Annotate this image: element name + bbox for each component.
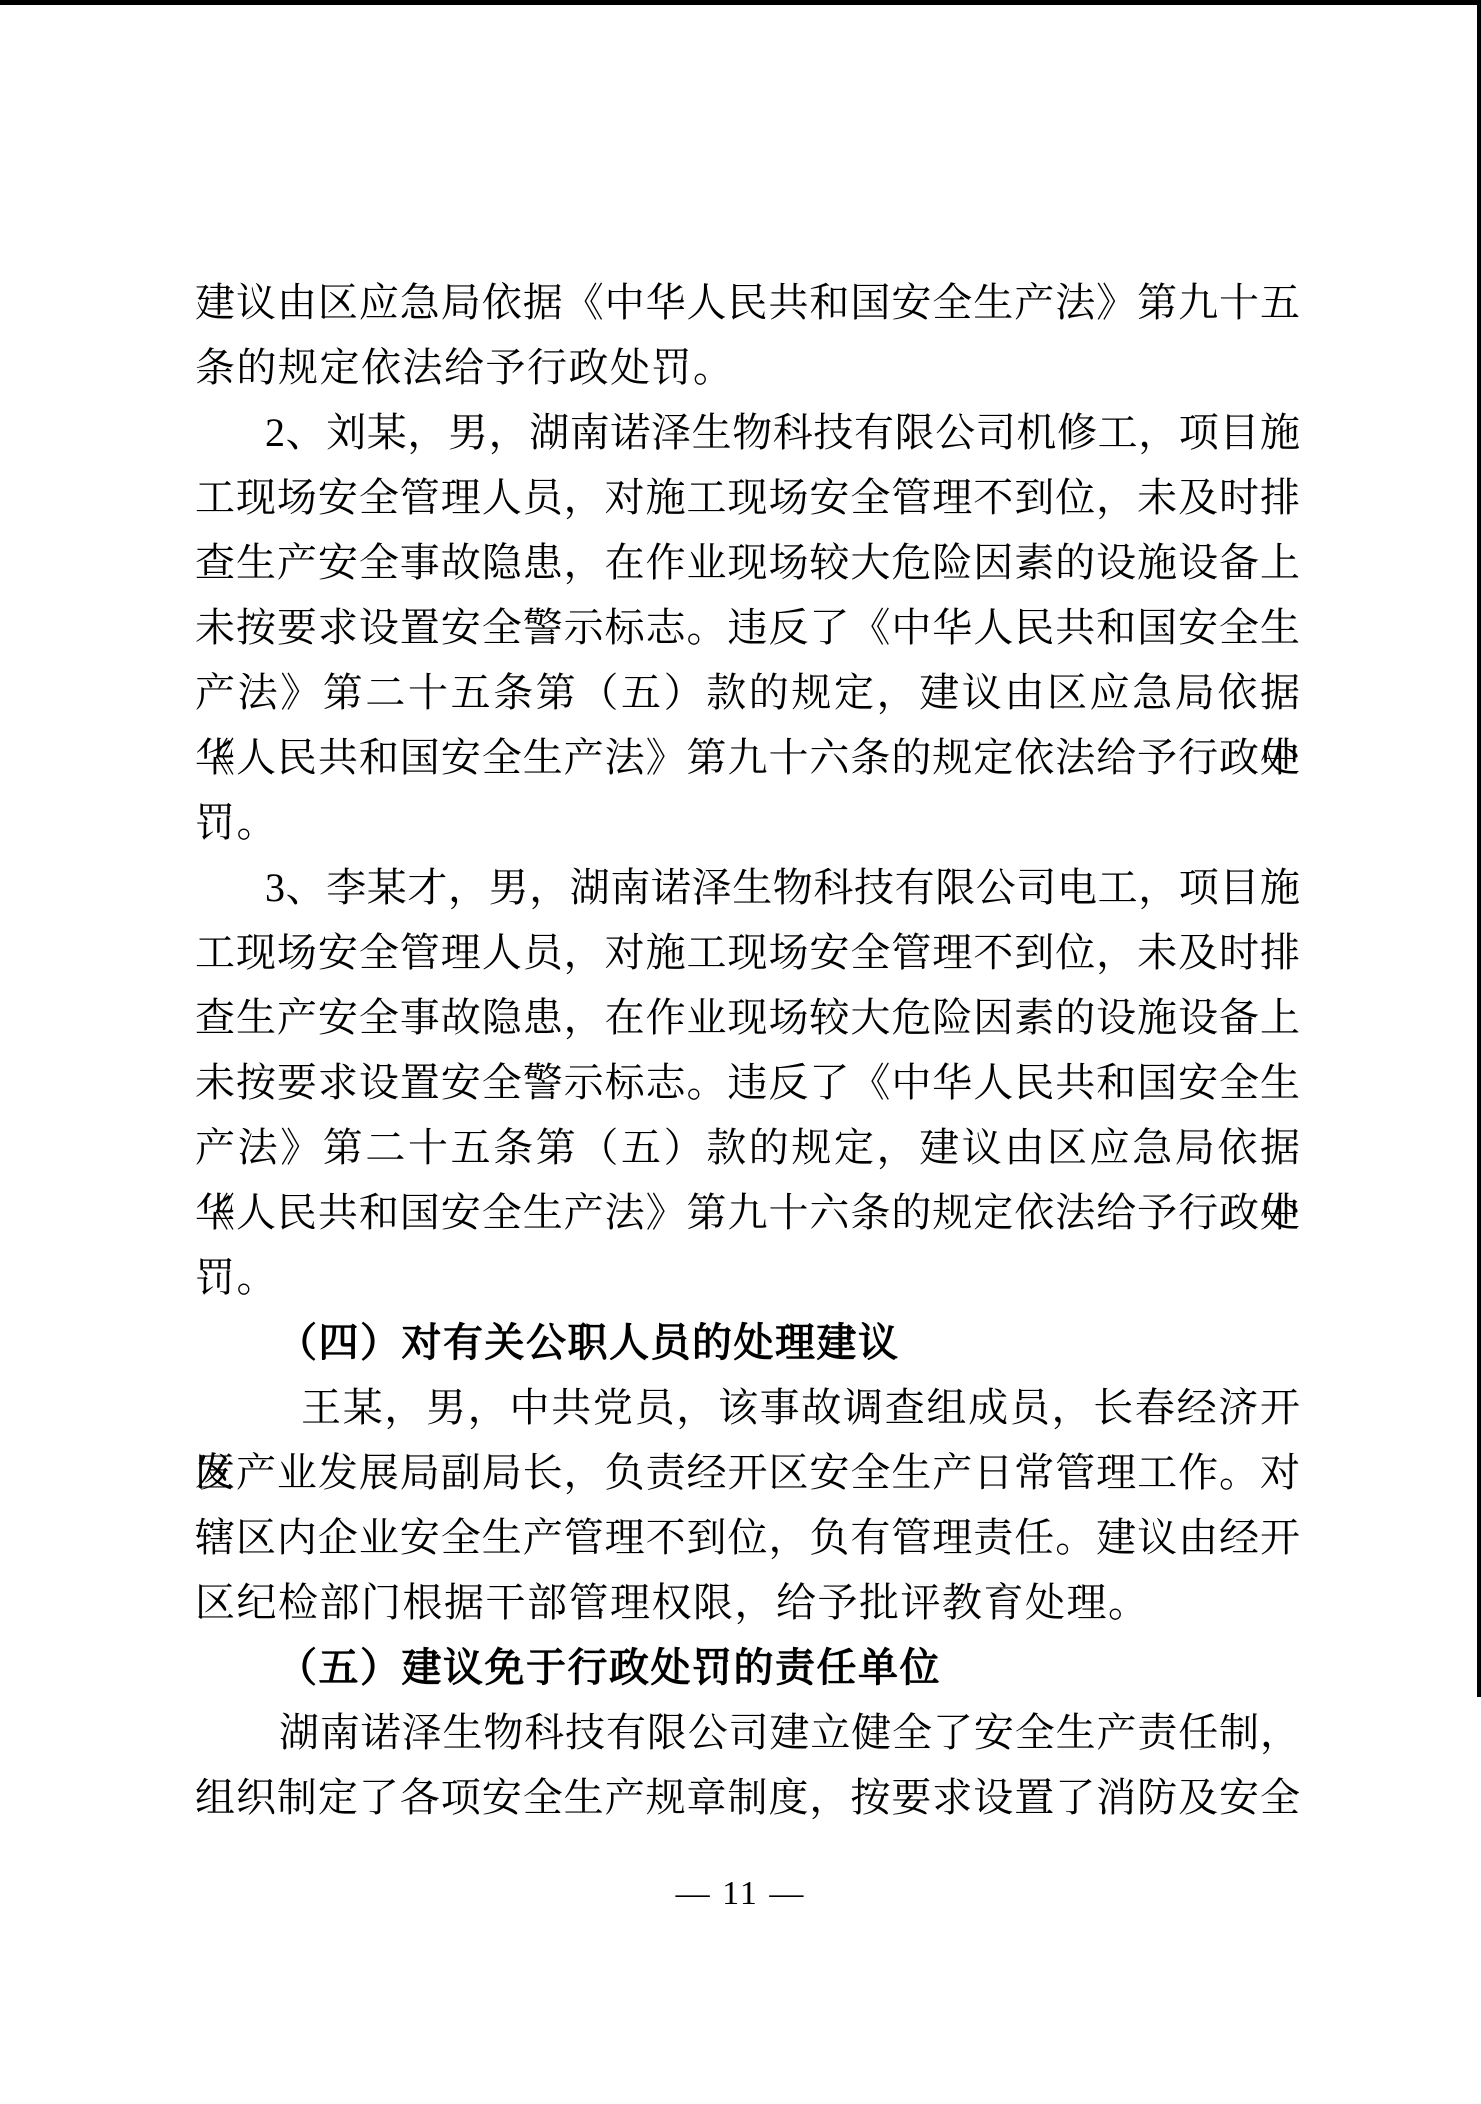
text-line: 罚。 <box>195 790 1300 855</box>
text-line: 华人民共和国安全生产法》第九十六条的规定依法给予行政处 <box>195 725 1300 790</box>
text-line: 产法》第二十五条第（五）款的规定，建议由区应急局依据《中 <box>195 1115 1300 1180</box>
text-line: 区纪检部门根据干部管理权限，给予批评教育处理。 <box>195 1570 1300 1635</box>
text-line: 辖区内企业安全生产管理不到位，负有管理责任。建议由经开 <box>195 1505 1300 1570</box>
text-line: 建议由区应急局依据《中华人民共和国安全生产法》第九十五 <box>195 270 1300 335</box>
section-heading: （四）对有关公职人员的处理建议 <box>195 1310 1300 1375</box>
text-line: 王某，男，中共党员，该事故调查组成员，长春经济开发 <box>195 1375 1300 1440</box>
text-line: 工现场安全管理人员，对施工现场安全管理不到位，未及时排 <box>195 465 1300 530</box>
page-number: — 11 — <box>676 1875 806 1912</box>
document-body: 建议由区应急局依据《中华人民共和国安全生产法》第九十五 条的规定依法给予行政处罚… <box>195 270 1300 1830</box>
text-line: 未按要求设置安全警示标志。违反了《中华人民共和国安全生 <box>195 1050 1300 1115</box>
text-line: 组织制定了各项安全生产规章制度，按要求设置了消防及安全 <box>195 1765 1300 1830</box>
text-line: 工现场安全管理人员，对施工现场安全管理不到位，未及时排 <box>195 920 1300 985</box>
section-heading: （五）建议免于行政处罚的责任单位 <box>195 1635 1300 1700</box>
scan-edge-right <box>1477 0 1481 1697</box>
text-line: 湖南诺泽生物科技有限公司建立健全了安全生产责任制， <box>195 1700 1300 1765</box>
text-line: 罚。 <box>195 1245 1300 1310</box>
text-line: 华人民共和国安全生产法》第九十六条的规定依法给予行政处 <box>195 1180 1300 1245</box>
text-line: 3、李某才，男，湖南诺泽生物科技有限公司电工，项目施 <box>195 855 1300 920</box>
text-line: 条的规定依法给予行政处罚。 <box>195 335 1300 400</box>
text-line: 区产业发展局副局长，负责经开区安全生产日常管理工作。对 <box>195 1440 1300 1505</box>
page-footer: — 11 — <box>0 1872 1481 1916</box>
text-line: 查生产安全事故隐患，在作业现场较大危险因素的设施设备上 <box>195 985 1300 1050</box>
scan-edge-top <box>0 0 1481 5</box>
text-line: 未按要求设置安全警示标志。违反了《中华人民共和国安全生 <box>195 595 1300 660</box>
text-line: 2、刘某，男，湖南诺泽生物科技有限公司机修工，项目施 <box>195 400 1300 465</box>
text-line: 产法》第二十五条第（五）款的规定，建议由区应急局依据《中 <box>195 660 1300 725</box>
text-line: 查生产安全事故隐患，在作业现场较大危险因素的设施设备上 <box>195 530 1300 595</box>
document-page: 建议由区应急局依据《中华人民共和国安全生产法》第九十五 条的规定依法给予行政处罚… <box>0 0 1481 2104</box>
